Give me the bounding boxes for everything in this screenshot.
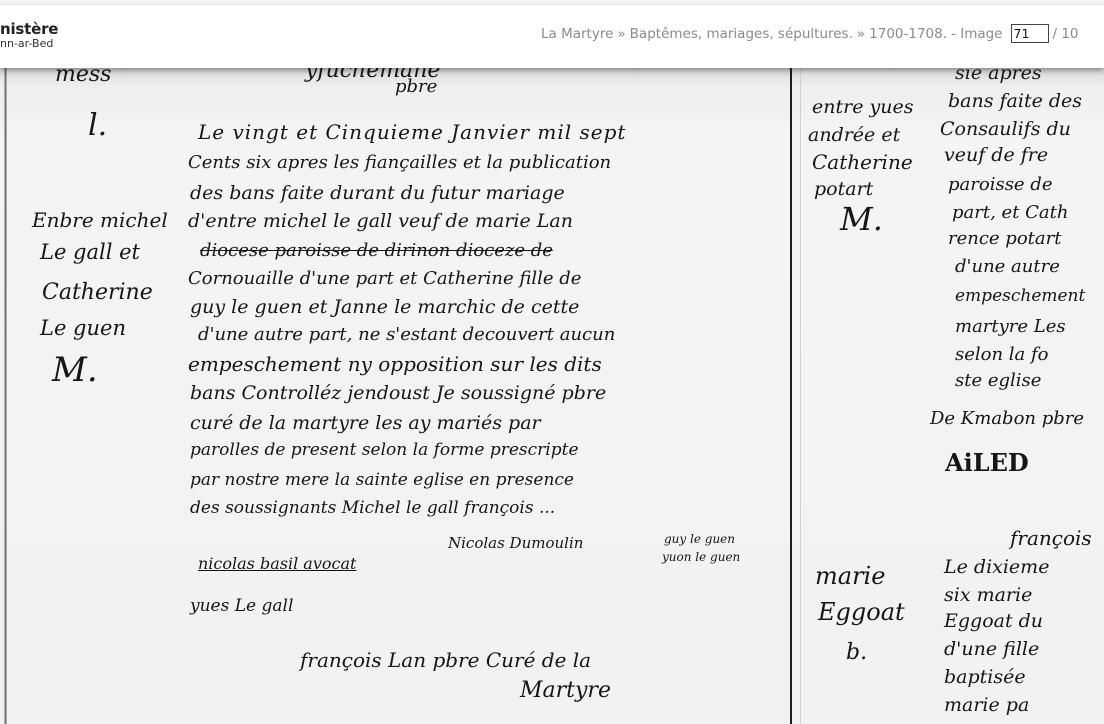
image-number-input[interactable]: 71 [1011,24,1049,43]
right-entry-line: bans faite des [948,90,1082,112]
entry-line: des soussignants Michel le gall françois… [190,498,555,518]
entry-line: bans Controlléz jendoust Je soussigné pb… [190,382,606,404]
marriage-mark: M. [52,350,98,390]
document-image-viewer[interactable]: mess l. Enbre michel Le gall et Catherin… [0,68,1104,724]
right-entry-line: rence potart [948,228,1061,249]
signature: nicolas basil avocat [198,554,356,573]
page-gutter-line [790,68,792,724]
right-entry-line: six marie [944,584,1032,606]
right-entry-line: ste eglise [955,370,1041,391]
breadcrumb: La Martyre»Baptêmes, mariages, sépulture… [541,24,1083,43]
right-marriage-mark: M. [840,200,883,238]
entry-line: guy le guen et Janne le marchic de cette [190,296,579,318]
breadcrumb-commune[interactable]: La Martyre [541,26,613,42]
entry-line: Cornouaille d'une part et Catherine fill… [188,268,581,289]
entry-line: d'une autre part, ne s'estant decouvert … [198,324,615,345]
entry-line-struck: diocese paroisse de dirinon dioceze de [200,240,553,261]
right-entry-number: b. [846,640,867,665]
margin-name-line: Le guen [40,316,126,340]
image-total: / 10 [1053,26,1079,42]
entry-line: Le vingt et Cinquieme Janvier mil sept [198,120,626,144]
right-entry-line: Consaulifs du [940,118,1071,140]
top-border [0,0,1104,5]
signature: guy le guen [664,532,735,546]
entry-line: d'entre michel le gall veuf de marie Lan [188,210,573,232]
right-margin-name: Eggoat [818,598,905,626]
logo-line-1: nistère [0,22,58,37]
right-entry-line: sie apres [955,68,1042,84]
margin-name-line: Catherine [42,280,153,305]
right-entry-line: selon la fo [955,344,1049,365]
entry-number: l. [88,108,107,143]
right-entry-line: françois [1010,526,1092,550]
right-entry-line: paroisse de [948,174,1052,195]
right-entry-signature: AiLED [945,448,1029,477]
right-entry-line: veuf de fre [944,144,1048,166]
right-margin-name: Catherine [812,150,913,174]
entry-line: empeschement ny opposition sur les dits [188,352,602,376]
right-margin-name: andrée et [808,124,900,146]
breadcrumb-separator: » [857,26,865,42]
right-entry-line: martyre Les [955,316,1066,337]
right-entry-line: part, et Cath [952,202,1068,223]
signature-cure: françois Lan pbre Curé de la [300,648,591,672]
signature: yues Le gall [190,596,293,616]
entry-line: parolles de present selon la forme presc… [190,440,579,460]
right-margin-name: entre yues [812,96,913,118]
right-entry-line: Eggoat du [944,610,1043,632]
right-entry-line: marie pa [944,694,1029,716]
margin-fragment: mess [55,68,111,87]
entry-line: par nostre mere la sainte eglise en pres… [190,470,574,490]
right-margin-name: potart [814,178,873,200]
margin-name-line: Le gall et [40,240,140,264]
signature: Nicolas Dumoulin [448,534,583,552]
right-entry-line: baptisée [944,666,1026,688]
ministry-logo[interactable]: nistère nn-ar-Bed [0,22,58,49]
breadcrumb-series[interactable]: Baptêmes, mariages, sépultures. [630,26,853,42]
top-bar: nistère nn-ar-Bed La Martyre»Baptêmes, m… [0,0,1104,68]
right-entry-line: Le dixieme [944,556,1049,578]
entry-line: des bans faite durant du futur mariage [190,182,565,204]
right-margin-name: marie [815,562,885,590]
image-label: - Image [951,26,1002,42]
right-entry-line: d'une fille [944,638,1039,660]
breadcrumb-years[interactable]: 1700-1708. [869,26,947,42]
logo-line-2: nn-ar-Bed [0,38,58,49]
page-left-edge [4,68,7,724]
entry-line: Cents six apres les fiançailles et la pu… [188,152,611,173]
right-entry-line: empeschement [955,286,1085,306]
signature-cure-2: Martyre [520,678,611,703]
header-fragment-2: pbre [395,76,437,97]
right-entry-signature: De Kmabon pbre [930,408,1084,429]
entry-line: curé de la martyre les ay mariés par [190,412,541,434]
page-gutter-shadow [800,68,801,724]
signature: yuon le guen [662,550,740,564]
margin-name-line: Enbre michel [32,208,168,232]
right-entry-line: d'une autre [955,256,1060,277]
breadcrumb-separator: » [617,26,625,42]
